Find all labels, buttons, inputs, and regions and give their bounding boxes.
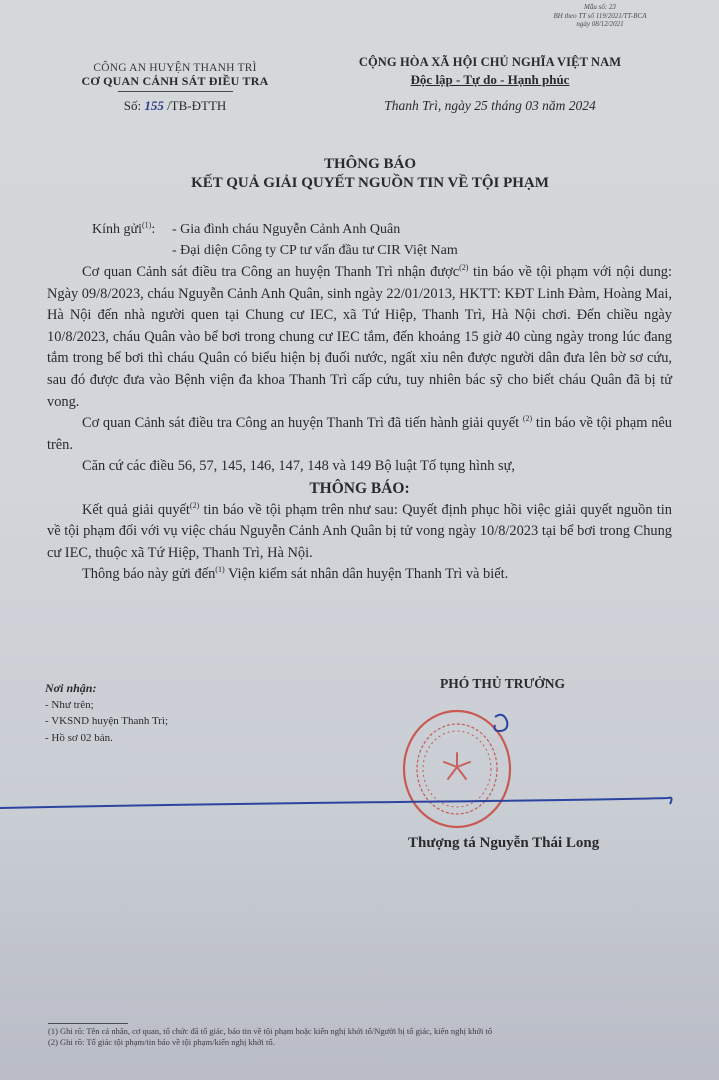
receiver-item: - Hồ sơ 02 bản. [45,730,168,747]
national-motto: Độc lập - Tự do - Hạnh phúc [325,72,655,88]
footnote-divider [48,1023,128,1024]
paragraph-sent-to: Thông báo này gửi đến(1) Viện kiểm sát n… [47,564,672,586]
paragraph-result: Kết quả giải quyết(2) tin báo về tội phạ… [47,500,672,565]
document-number-suffix: /TB-ĐTTH [164,98,226,113]
title-line2: KẾT QUẢ GIẢI QUYẾT NGUỒN TIN VỀ TỘI PHẠM [100,175,640,192]
signer-name: Thượng tá Nguyễn Thái Long [408,835,599,852]
place-date: Thanh Trì, ngày 25 tháng 03 năm 2024 [325,98,655,114]
agency-header: CÔNG AN HUYỆN THANH TRÌ CƠ QUAN CẢNH SÁT… [60,62,290,114]
document-number-prefix: Số: [124,98,145,113]
document-body: Cơ quan Cảnh sát điều tra Công an huyện … [47,262,672,586]
form-number-line1: Mẫu số: 23 [500,3,700,12]
receiver-item: - VKSND huyện Thanh Trì; [45,713,168,730]
document-number-handwritten: 155 [144,98,164,113]
recipients: Kính gửi(1):- Gia đình cháu Nguyễn Cảnh … [92,219,458,261]
footnotes: (1) Ghi rõ: Tên cá nhân, cơ quan, tổ chứ… [48,1026,492,1048]
agency-name: CƠ QUAN CẢNH SÁT ĐIỀU TRA [60,74,290,89]
signature-stroke-icon [0,780,719,820]
agency-parent: CÔNG AN HUYỆN THANH TRÌ [60,62,290,74]
section-title: THÔNG BÁO: [47,478,672,500]
title-line1: THÔNG BÁO [100,156,640,173]
document-title: THÔNG BÁO KẾT QUẢ GIẢI QUYẾT NGUỒN TIN V… [100,156,640,192]
form-number-line3: ngày 08/12/2021 [500,20,700,29]
footnote-item: (2) Ghi rõ: Tố giác tội phạm/tin báo về … [48,1037,492,1048]
signer-position: PHÓ THỦ TRƯỞNG [440,676,565,692]
document-number: Số: 155 /TB-ĐTTH [60,98,290,114]
form-number-line2: BH theo TT số 119/2021/TT-BCA [500,12,700,21]
recipient-item: - Đại diện Công ty CP tư vấn đầu tư CIR … [92,240,458,261]
paragraph-report: Cơ quan Cảnh sát điều tra Công an huyện … [47,262,672,413]
receiver-item: - Như trên; [45,697,168,714]
receivers-heading: Nơi nhận: [45,680,168,697]
agency-divider [118,91,233,92]
country-name: CỘNG HÒA XÃ HỘI CHỦ NGHĨA VIỆT NAM [325,55,655,70]
footnote-item: (1) Ghi rõ: Tên cá nhân, cơ quan, tổ chứ… [48,1026,492,1037]
recipient-item: - Gia đình cháu Nguyễn Cảnh Anh Quân [172,222,400,237]
paragraph-legal-basis: Căn cứ các điều 56, 57, 145, 146, 147, 1… [47,456,672,478]
paragraph-processing: Cơ quan Cảnh sát điều tra Công an huyện … [47,413,672,456]
state-header: CỘNG HÒA XÃ HỘI CHỦ NGHĨA VIỆT NAM Độc l… [325,55,655,114]
recipients-label: Kính gửi(1): [92,219,172,240]
form-number: Mẫu số: 23 BH theo TT số 119/2021/TT-BCA… [500,3,700,29]
receivers-list: Nơi nhận: - Như trên; - VKSND huyện Than… [45,680,168,746]
